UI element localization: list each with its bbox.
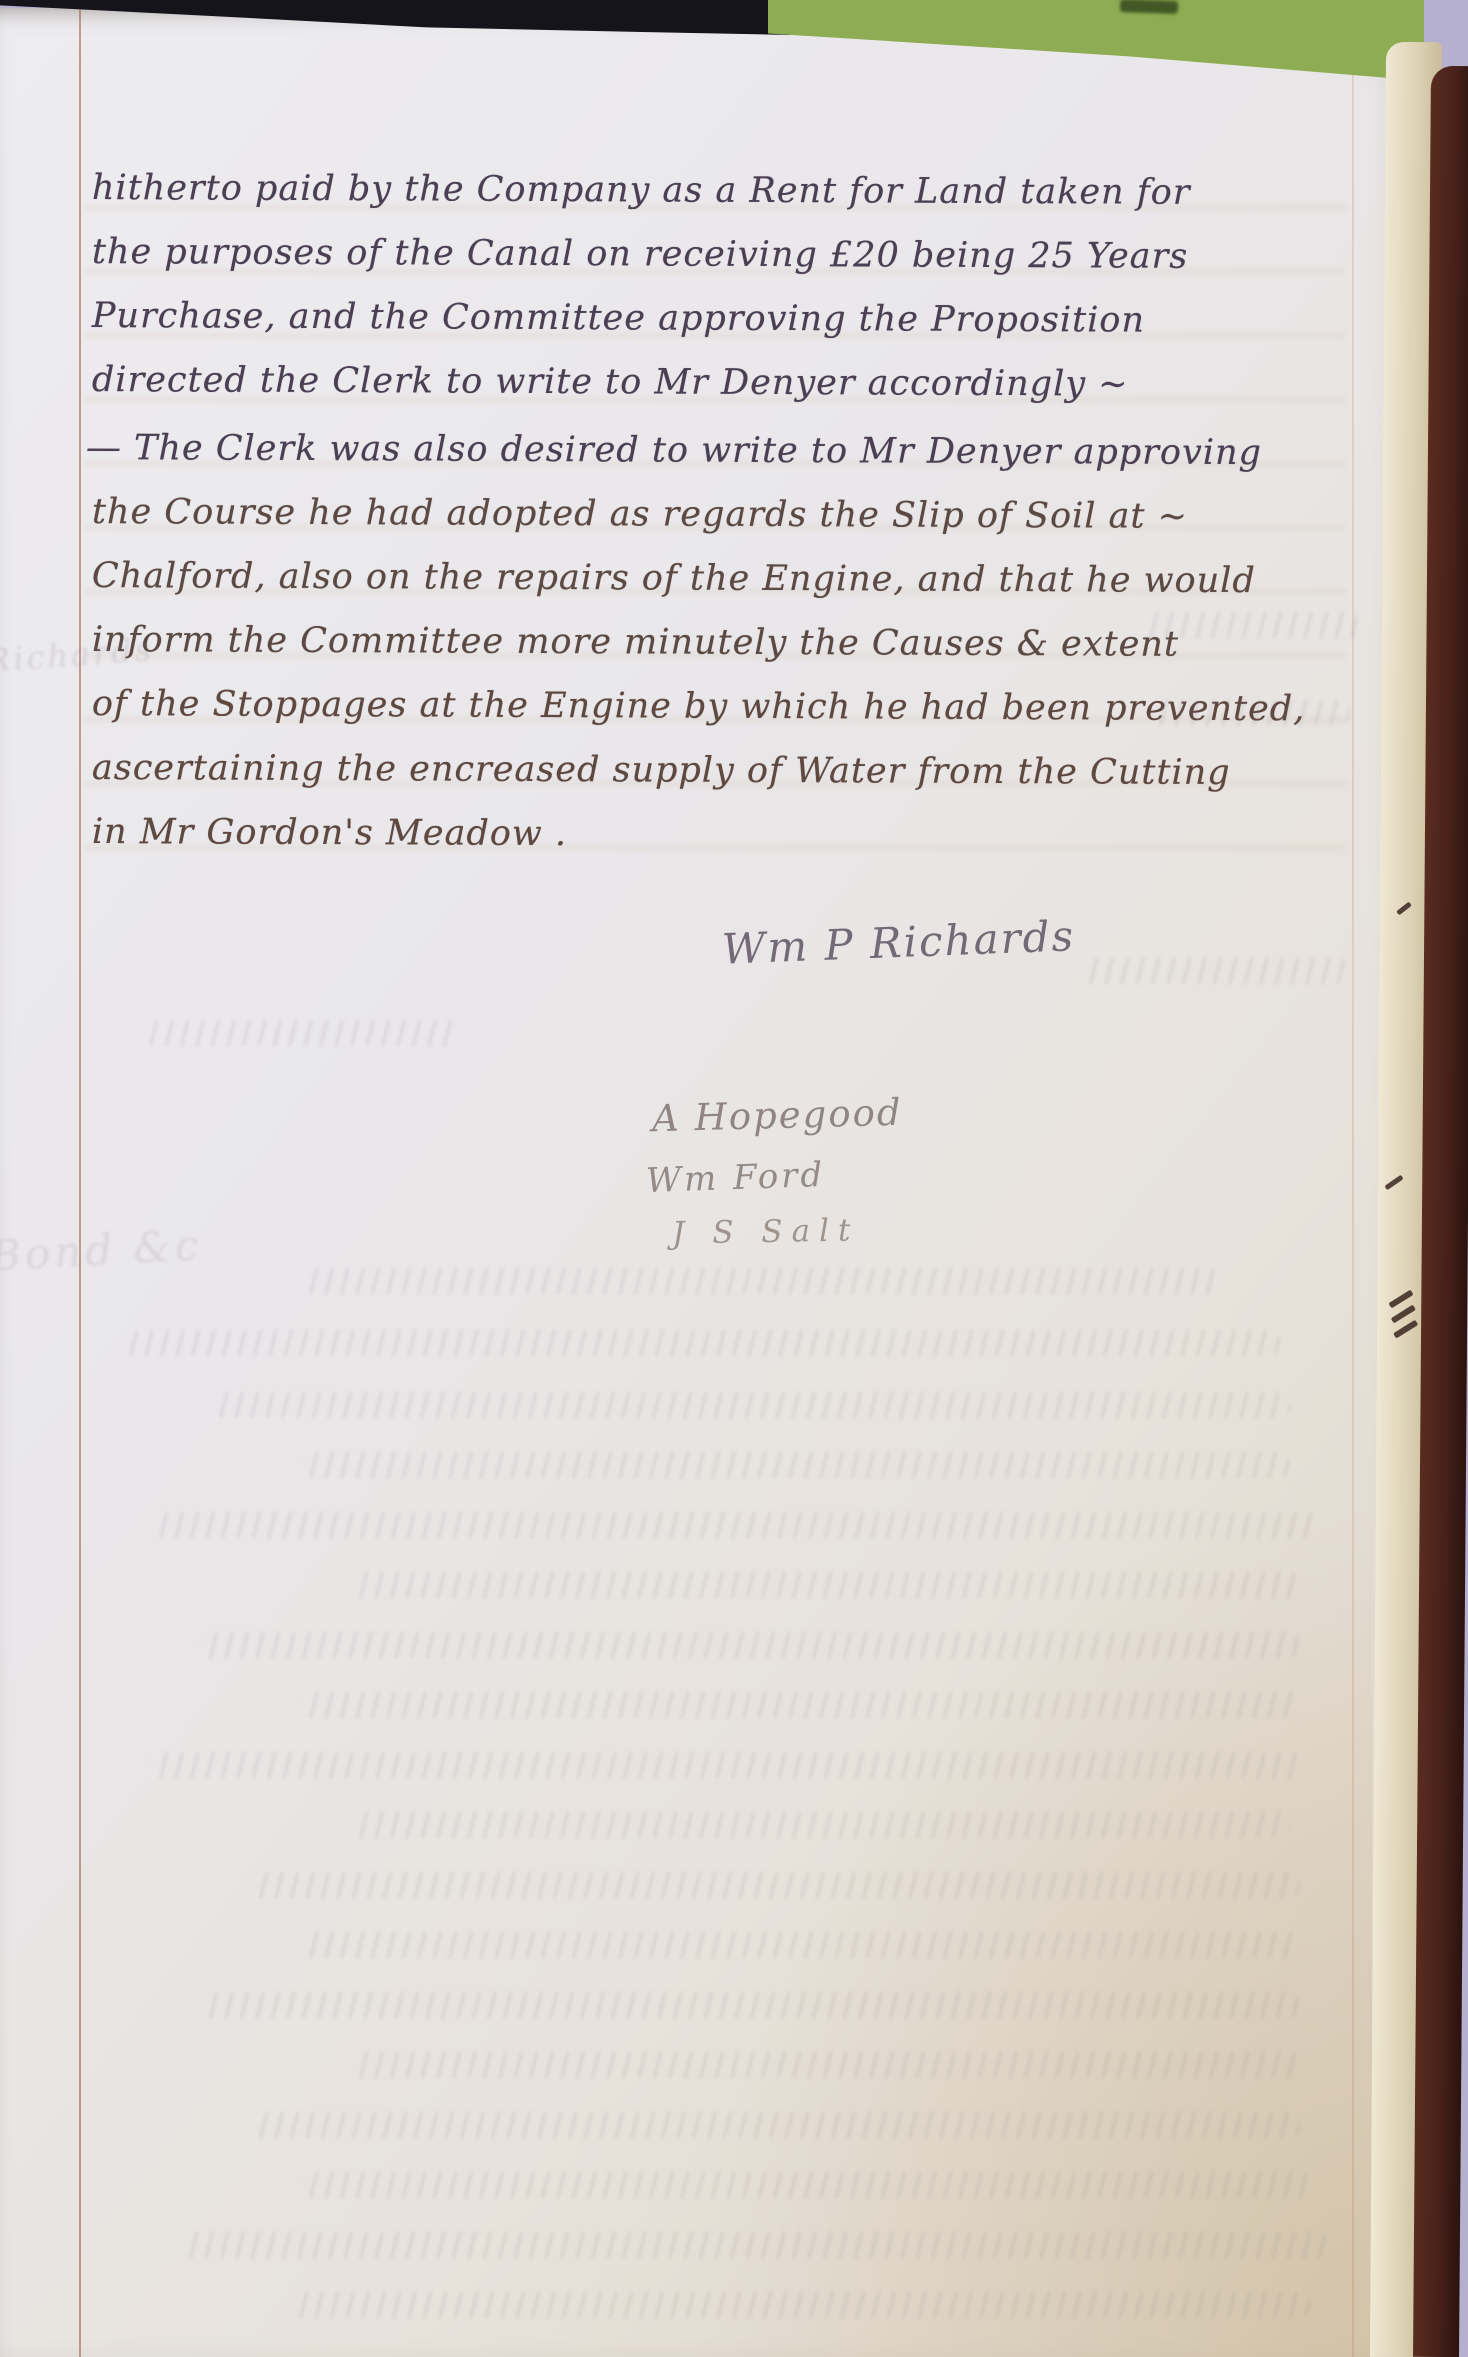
committee-signature-3: J S Salt [672, 1212, 860, 1251]
manuscript-line-5: — The Clerk was also desired to write to… [86, 428, 1262, 479]
right-margin-rule [1352, 70, 1354, 2357]
tab-marking [1120, 0, 1178, 14]
page-shading [612, 1377, 1372, 2357]
manuscript-line-4: directed the Clerk to write to Mr Denyer… [92, 360, 1129, 411]
manuscript-line-10: ascertaining the encreased supply of Wat… [92, 748, 1231, 799]
manuscript-line-11: in Mr Gordon's Meadow . [92, 812, 567, 860]
manuscript-line-1: hitherto paid by the Company as a Rent f… [92, 168, 1191, 219]
manuscript-line-9: of the Stoppages at the Engine by which … [92, 684, 1306, 735]
manuscript-line-7: Chalford, also on the repairs of the Eng… [92, 556, 1256, 607]
committee-signature-2: Wm Ford [645, 1155, 826, 1201]
left-margin-rule [79, 8, 81, 2357]
manuscript-line-6: the Course he had adopted as regards the… [92, 492, 1188, 543]
committee-signature-1: A Hopegood [651, 1091, 903, 1141]
minute-book-photo: hitherto paid by the Company as a Rent f… [0, 0, 1468, 2357]
manuscript-line-3: Purchase, and the Committee approving th… [92, 296, 1145, 347]
manuscript-line-8: inform the Committee more minutely the C… [92, 620, 1179, 671]
manuscript-line-2: the purposes of the Canal on receiving £… [92, 232, 1189, 283]
